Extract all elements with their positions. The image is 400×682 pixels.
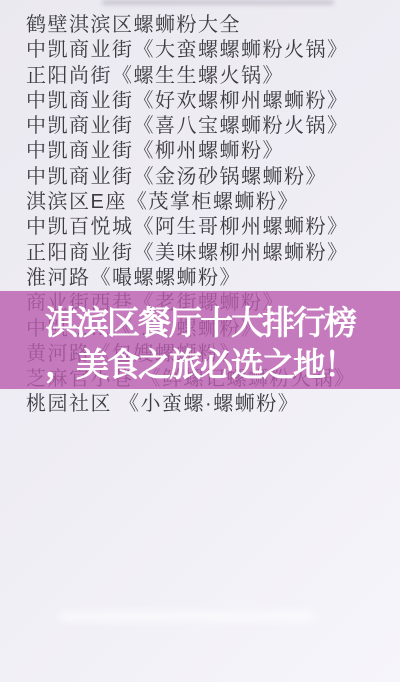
list-row: 正阳商业街《美味螺柳州螺蛳粉》: [26, 241, 400, 266]
headline-line1: 淇滨区餐厅十大排行榜: [0, 297, 400, 344]
list-row: 正阳尚街《螺生生螺火锅》: [26, 64, 400, 89]
list-row: 中凯商业街《柳州螺蛳粉》: [26, 139, 400, 164]
headline-line2: ，美食之旅必选之地！: [0, 339, 400, 386]
list-row: 中凯商业街《好欢螺柳州螺蛳粉》: [26, 89, 400, 114]
list-row: 桃园社区 《小蛮螺·螺蛳粉》: [26, 392, 400, 417]
screenshot-root: 鹤壁淇滨区螺蛳粉大全中凯商业街《大蛮螺螺蛳粉火锅》正阳尚街《螺生生螺火锅》中凯商…: [0, 0, 400, 682]
list-row: 淮河路《嘬螺螺蛳粉》: [26, 266, 400, 291]
light-streak-artifact: [58, 613, 316, 620]
list-row: 淇滨区E座《茂掌柜螺蛳粉》: [26, 190, 400, 215]
list-title: 鹤壁淇滨区螺蛳粉大全: [26, 13, 400, 38]
clipped-top-text-remnant: [102, 0, 334, 5]
headline-banner: 淇滨区餐厅十大排行榜 ，美食之旅必选之地！: [0, 291, 400, 389]
list-row: 中凯商业街《大蛮螺螺蛳粉火锅》: [26, 38, 400, 63]
list-row: 中凯百悦城《阿生哥柳州螺蛳粉》: [26, 215, 400, 240]
list-row: 中凯商业街《金汤砂锅螺蛳粉》: [26, 165, 400, 190]
list-row: 中凯商业街《喜八宝螺蛳粉火锅》: [26, 114, 400, 139]
